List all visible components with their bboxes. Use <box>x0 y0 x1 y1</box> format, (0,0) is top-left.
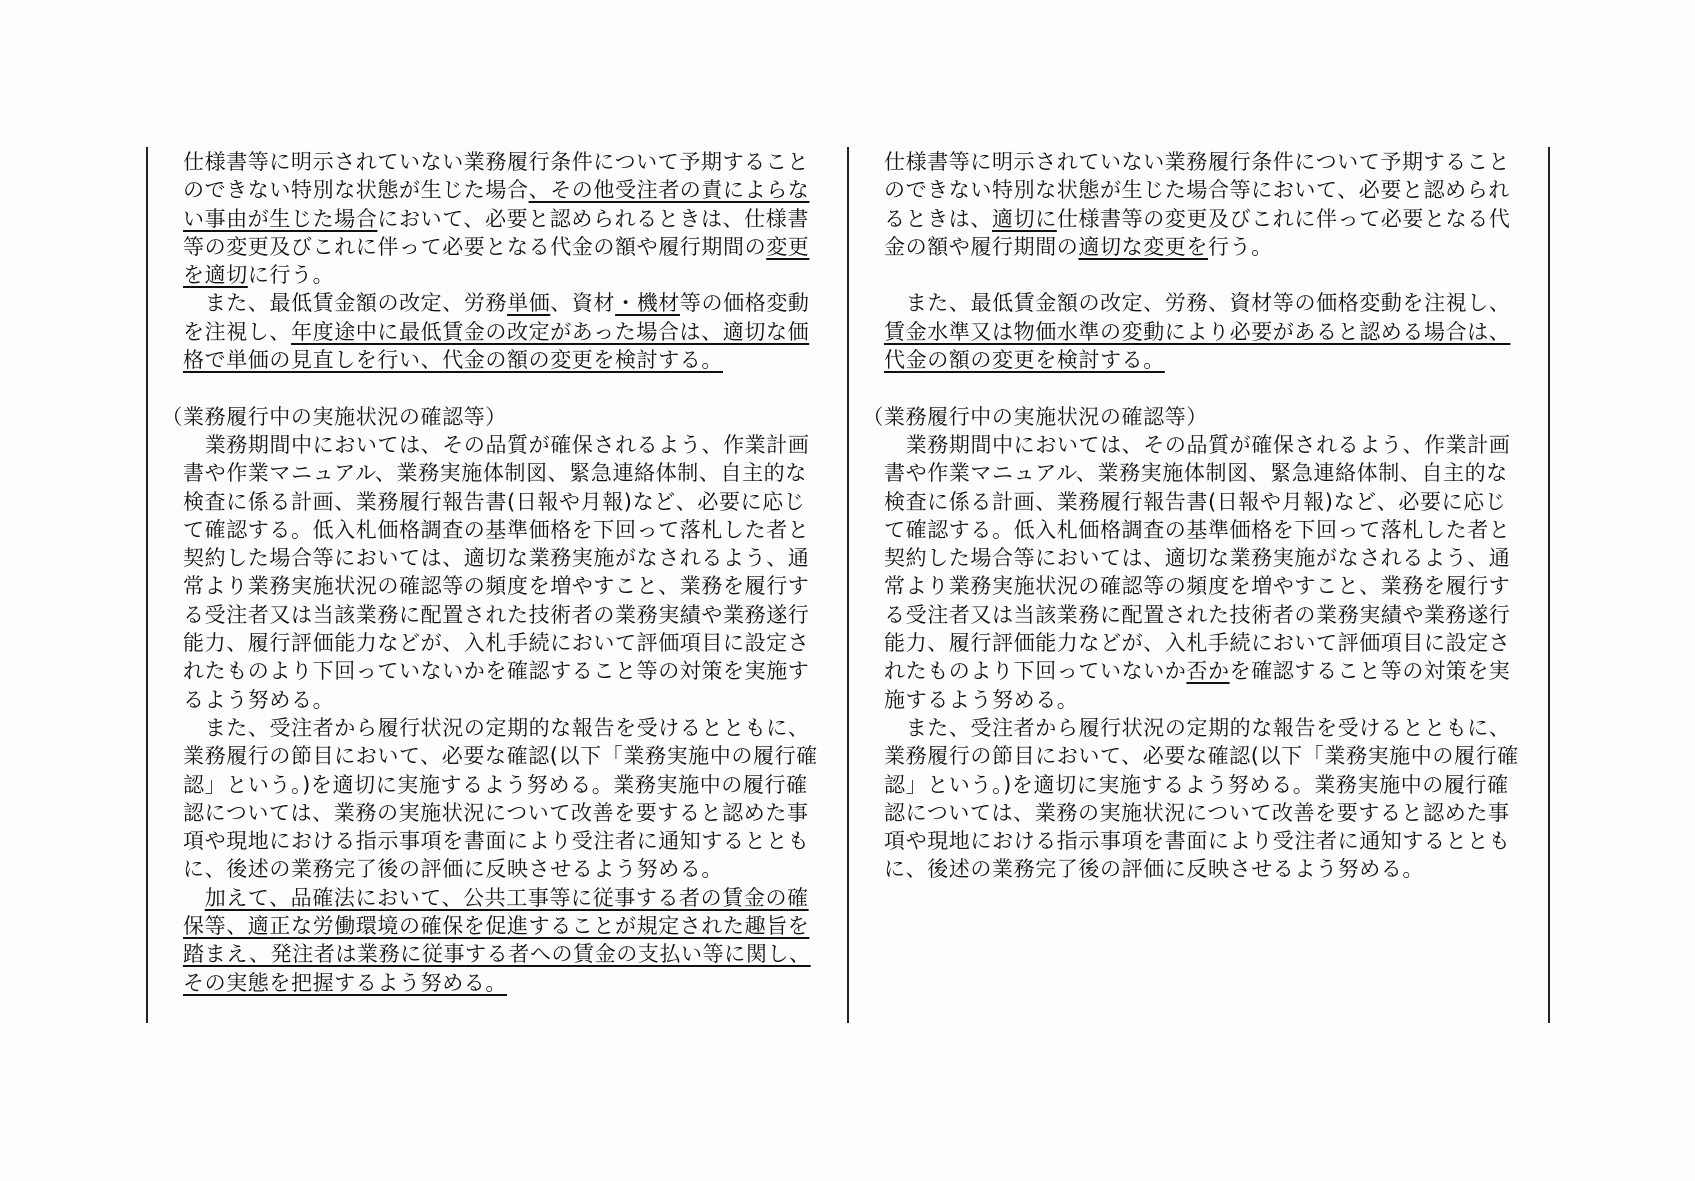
text-line: 認」という。)を適切に実施するよう努める。業務実施中の履行確 <box>183 771 838 799</box>
section-heading: （業務履行中の実施状況の確認等） <box>161 403 838 431</box>
underlined-amendment: 加えて、品確法において、公共工事等に従事する者の賃金の確 <box>205 886 809 910</box>
current-text-column: 仕様書等に明示されていない業務履行条件について予期することのできない特別な状態が… <box>884 148 1539 884</box>
text-segment: れたものより下回っていないかを確認すること等の対策を実施す <box>183 659 809 683</box>
text-segment: 常より業務実施状況の確認等の頻度を増やすこと、業務を履行す <box>183 574 809 598</box>
text-line: を適切に行う。 <box>183 261 838 289</box>
text-line: い事由が生じた場合において、必要と認められるときは、仕様書 <box>183 205 838 233</box>
text-line: 代金の額の変更を検討する。 <box>884 346 1539 374</box>
text-line: を注視し、年度途中に最低賃金の改定があった場合は、適切な価 <box>183 318 838 346</box>
underlined-amendment: 年度途中に最低賃金の改定があった場合は、適切な価 <box>291 320 809 344</box>
text-line: 業務期間中においては、その品質が確保されるよう、作業計画 <box>183 431 838 459</box>
text-line: のできない特別な状態が生じた場合等において、必要と認められ <box>884 176 1539 204</box>
text-segment: 認については、業務の実施状況について改善を要すると認めた事 <box>183 801 809 825</box>
text-line: に、後述の業務完了後の評価に反映させるよう努める。 <box>884 855 1539 883</box>
text-line: 等の変更及びこれに伴って必要となる代金の額や履行期間の変更 <box>183 233 838 261</box>
text-line: その実態を把握するよう努める。 <box>183 969 838 997</box>
text-line: 契約した場合等においては、適切な業務実施がなされるよう、通 <box>884 544 1539 572</box>
underlined-amendment: 保等、適正な労働環境の確保を促進することが規定された趣旨を <box>183 914 809 938</box>
text-segment: 等の変更及びこれに伴って必要となる代金の額や履行期間の <box>183 235 766 259</box>
text-line: 認については、業務の実施状況について改善を要すると認めた事 <box>884 799 1539 827</box>
text-segment: 能力、履行評価能力などが、入札手続において評価項目に設定さ <box>183 631 809 655</box>
text-segment: 、資材 <box>550 291 615 315</box>
underlined-amendment: ・機材 <box>615 291 680 315</box>
text-segment: に、後述の業務完了後の評価に反映させるよう努める。 <box>183 857 723 881</box>
text-line: 能力、履行評価能力などが、入札手続において評価項目に設定さ <box>884 629 1539 657</box>
text-segment: （業務履行中の実施状況の確認等） <box>161 405 507 429</box>
text-segment: 常より業務実施状況の確認等の頻度を増やすこと、業務を履行す <box>884 574 1510 598</box>
text-line: 認については、業務の実施状況について改善を要すると認めた事 <box>183 799 838 827</box>
underlined-amendment: 、その他受注者の責によらな <box>529 178 810 202</box>
section-heading: （業務履行中の実施状況の確認等） <box>862 403 1539 431</box>
text-segment: 項や現地における指示事項を書面により受注者に通知するととも <box>183 829 809 853</box>
text-segment: また、最低賃金額の改定、労務、資材等の価格変動を注視し、 <box>906 291 1511 315</box>
text-segment: のできない特別な状態が生じた場合 <box>183 178 529 202</box>
text-segment: れたものより下回っていないか <box>884 659 1186 683</box>
text-segment: 業務期間中においては、その品質が確保されるよう、作業計画 <box>906 433 1511 457</box>
text-segment: を注視し、 <box>183 320 291 344</box>
text-segment: 契約した場合等においては、適切な業務実施がなされるよう、通 <box>183 546 809 570</box>
table-border-right <box>1548 147 1550 1023</box>
revised-text-column: 仕様書等に明示されていない業務履行条件について予期することのできない特別な状態が… <box>183 148 838 997</box>
text-segment: る受注者又は当該業務に配置された技術者の業務実績や業務遂行 <box>183 603 809 627</box>
underlined-amendment: 代金の額の変更を検討する。 <box>884 348 1165 372</box>
column-divider <box>847 147 849 1023</box>
text-segment: 業務履行の節目において、必要な確認(以下「業務実施中の履行確 <box>884 744 1519 768</box>
text-segment: て確認する。低入札価格調査の基準価格を下回って落札した者と <box>884 518 1510 542</box>
text-segment: 書や作業マニュアル、業務実施体制図、緊急連絡体制、自主的な <box>884 461 1508 485</box>
text-line: 項や現地における指示事項を書面により受注者に通知するととも <box>183 827 838 855</box>
text-segment: 検査に係る計画、業務履行報告書(日報や月報)など、必要に応じ <box>183 490 805 514</box>
text-line: 常より業務実施状況の確認等の頻度を増やすこと、業務を履行す <box>884 572 1539 600</box>
text-line: また、最低賃金額の改定、労務単価、資材・機材等の価格変動 <box>183 289 838 317</box>
underlined-amendment: 適切に <box>992 207 1057 231</box>
text-segment: 金の額や履行期間の <box>884 235 1078 259</box>
text-segment: また、最低賃金額の改定、労務 <box>205 291 507 315</box>
text-line: 業務期間中においては、その品質が確保されるよう、作業計画 <box>884 431 1539 459</box>
blank-line <box>183 374 838 402</box>
text-line: 金の額や履行期間の適切な変更を行う。 <box>884 233 1539 261</box>
text-segment: るときは、 <box>884 207 992 231</box>
text-segment: て確認する。低入札価格調査の基準価格を下回って落札した者と <box>183 518 809 542</box>
text-line: 常より業務実施状況の確認等の頻度を増やすこと、業務を履行す <box>183 572 838 600</box>
text-line: 仕様書等に明示されていない業務履行条件について予期すること <box>884 148 1539 176</box>
text-segment: のできない特別な状態が生じた場合等において、必要と認められ <box>884 178 1510 202</box>
underlined-amendment: 格で単価の見直しを行い、代金の額の変更を検討する。 <box>183 348 723 372</box>
text-line: 認」という。)を適切に実施するよう努める。業務実施中の履行確 <box>884 771 1539 799</box>
text-line: また、最低賃金額の改定、労務、資材等の価格変動を注視し、 <box>884 289 1539 317</box>
underlined-amendment: を適切 <box>183 263 248 287</box>
text-line: 能力、履行評価能力などが、入札手続において評価項目に設定さ <box>183 629 838 657</box>
underlined-amendment: 適切な変更を <box>1078 235 1208 259</box>
blank-line <box>884 261 1539 289</box>
text-line: 格で単価の見直しを行い、代金の額の変更を検討する。 <box>183 346 838 374</box>
underlined-amendment: 否か <box>1186 659 1229 683</box>
underlined-amendment: その実態を把握するよう努める。 <box>183 971 507 995</box>
text-segment: に行う。 <box>248 263 334 287</box>
text-line: 契約した場合等においては、適切な業務実施がなされるよう、通 <box>183 544 838 572</box>
blank-line <box>884 374 1539 402</box>
text-segment: 項や現地における指示事項を書面により受注者に通知するととも <box>884 829 1510 853</box>
text-line: 踏まえ、発注者は業務に従事する者への賃金の支払い等に関し、 <box>183 940 838 968</box>
text-line: 書や作業マニュアル、業務実施体制図、緊急連絡体制、自主的な <box>884 459 1539 487</box>
text-line: るときは、適切に仕様書等の変更及びこれに伴って必要となる代 <box>884 205 1539 233</box>
text-segment: 等の価格変動 <box>680 291 810 315</box>
text-segment: （業務履行中の実施状況の確認等） <box>862 405 1208 429</box>
text-segment: を確認すること等の対策を実 <box>1230 659 1511 683</box>
text-segment: 書や作業マニュアル、業務実施体制図、緊急連絡体制、自主的な <box>183 461 807 485</box>
text-segment: また、受注者から履行状況の定期的な報告を受けるとともに、 <box>906 716 1511 740</box>
text-line: また、受注者から履行状況の定期的な報告を受けるとともに、 <box>884 714 1539 742</box>
text-line: 検査に係る計画、業務履行報告書(日報や月報)など、必要に応じ <box>183 488 838 516</box>
text-segment: 行う。 <box>1208 235 1273 259</box>
underlined-amendment: 変更 <box>766 235 809 259</box>
text-line: る受注者又は当該業務に配置された技術者の業務実績や業務遂行 <box>884 601 1539 629</box>
underlined-amendment: い事由が生じた場合 <box>183 207 377 231</box>
text-segment: る受注者又は当該業務に配置された技術者の業務実績や業務遂行 <box>884 603 1510 627</box>
text-segment: 施するよう努める。 <box>884 688 1078 712</box>
text-segment: 仕様書等に明示されていない業務履行条件について予期すること <box>884 150 1510 174</box>
text-segment: るよう努める。 <box>183 688 334 712</box>
text-segment: 仕様書等に明示されていない業務履行条件について予期すること <box>183 150 809 174</box>
table-border-left <box>146 147 148 1023</box>
text-segment: 検査に係る計画、業務履行報告書(日報や月報)など、必要に応じ <box>884 490 1506 514</box>
text-segment: 能力、履行評価能力などが、入札手続において評価項目に設定さ <box>884 631 1510 655</box>
text-line: のできない特別な状態が生じた場合、その他受注者の責によらな <box>183 176 838 204</box>
text-line: 仕様書等に明示されていない業務履行条件について予期すること <box>183 148 838 176</box>
text-line: 施するよう努める。 <box>884 686 1539 714</box>
text-segment: に、後述の業務完了後の評価に反映させるよう努める。 <box>884 857 1424 881</box>
text-line: れたものより下回っていないかを確認すること等の対策を実施す <box>183 657 838 685</box>
text-segment: 契約した場合等においては、適切な業務実施がなされるよう、通 <box>884 546 1510 570</box>
text-line: 書や作業マニュアル、業務実施体制図、緊急連絡体制、自主的な <box>183 459 838 487</box>
text-segment: 認」という。)を適切に実施するよう努める。業務実施中の履行確 <box>183 773 808 797</box>
text-segment: 仕様書等の変更及びこれに伴って必要となる代 <box>1057 207 1511 231</box>
text-segment: 業務履行の節目において、必要な確認(以下「業務実施中の履行確 <box>183 744 818 768</box>
text-line: 業務履行の節目において、必要な確認(以下「業務実施中の履行確 <box>884 742 1539 770</box>
text-line: 保等、適正な労働環境の確保を促進することが規定された趣旨を <box>183 912 838 940</box>
text-line: 業務履行の節目において、必要な確認(以下「業務実施中の履行確 <box>183 742 838 770</box>
text-segment: において、必要と認められるときは、仕様書 <box>377 207 809 231</box>
underlined-amendment: 単価 <box>507 291 550 315</box>
text-segment: また、受注者から履行状況の定期的な報告を受けるとともに、 <box>205 716 810 740</box>
text-line: 検査に係る計画、業務履行報告書(日報や月報)など、必要に応じ <box>884 488 1539 516</box>
text-line: 賃金水準又は物価水準の変動により必要があると認める場合は、 <box>884 318 1539 346</box>
underlined-amendment: 賃金水準又は物価水準の変動により必要があると認める場合は、 <box>884 320 1510 344</box>
text-line: れたものより下回っていないか否かを確認すること等の対策を実 <box>884 657 1539 685</box>
text-segment: 認」という。)を適切に実施するよう努める。業務実施中の履行確 <box>884 773 1509 797</box>
text-line: るよう努める。 <box>183 686 838 714</box>
text-segment: 業務期間中においては、その品質が確保されるよう、作業計画 <box>205 433 810 457</box>
text-line: また、受注者から履行状況の定期的な報告を受けるとともに、 <box>183 714 838 742</box>
text-line: る受注者又は当該業務に配置された技術者の業務実績や業務遂行 <box>183 601 838 629</box>
text-line: 項や現地における指示事項を書面により受注者に通知するととも <box>884 827 1539 855</box>
text-segment: 認については、業務の実施状況について改善を要すると認めた事 <box>884 801 1510 825</box>
underlined-amendment: 踏まえ、発注者は業務に従事する者への賃金の支払い等に関し、 <box>183 942 811 966</box>
text-line: て確認する。低入札価格調査の基準価格を下回って落札した者と <box>183 516 838 544</box>
text-line: に、後述の業務完了後の評価に反映させるよう努める。 <box>183 855 838 883</box>
text-line: て確認する。低入札価格調査の基準価格を下回って落札した者と <box>884 516 1539 544</box>
text-line: 加えて、品確法において、公共工事等に従事する者の賃金の確 <box>183 884 838 912</box>
